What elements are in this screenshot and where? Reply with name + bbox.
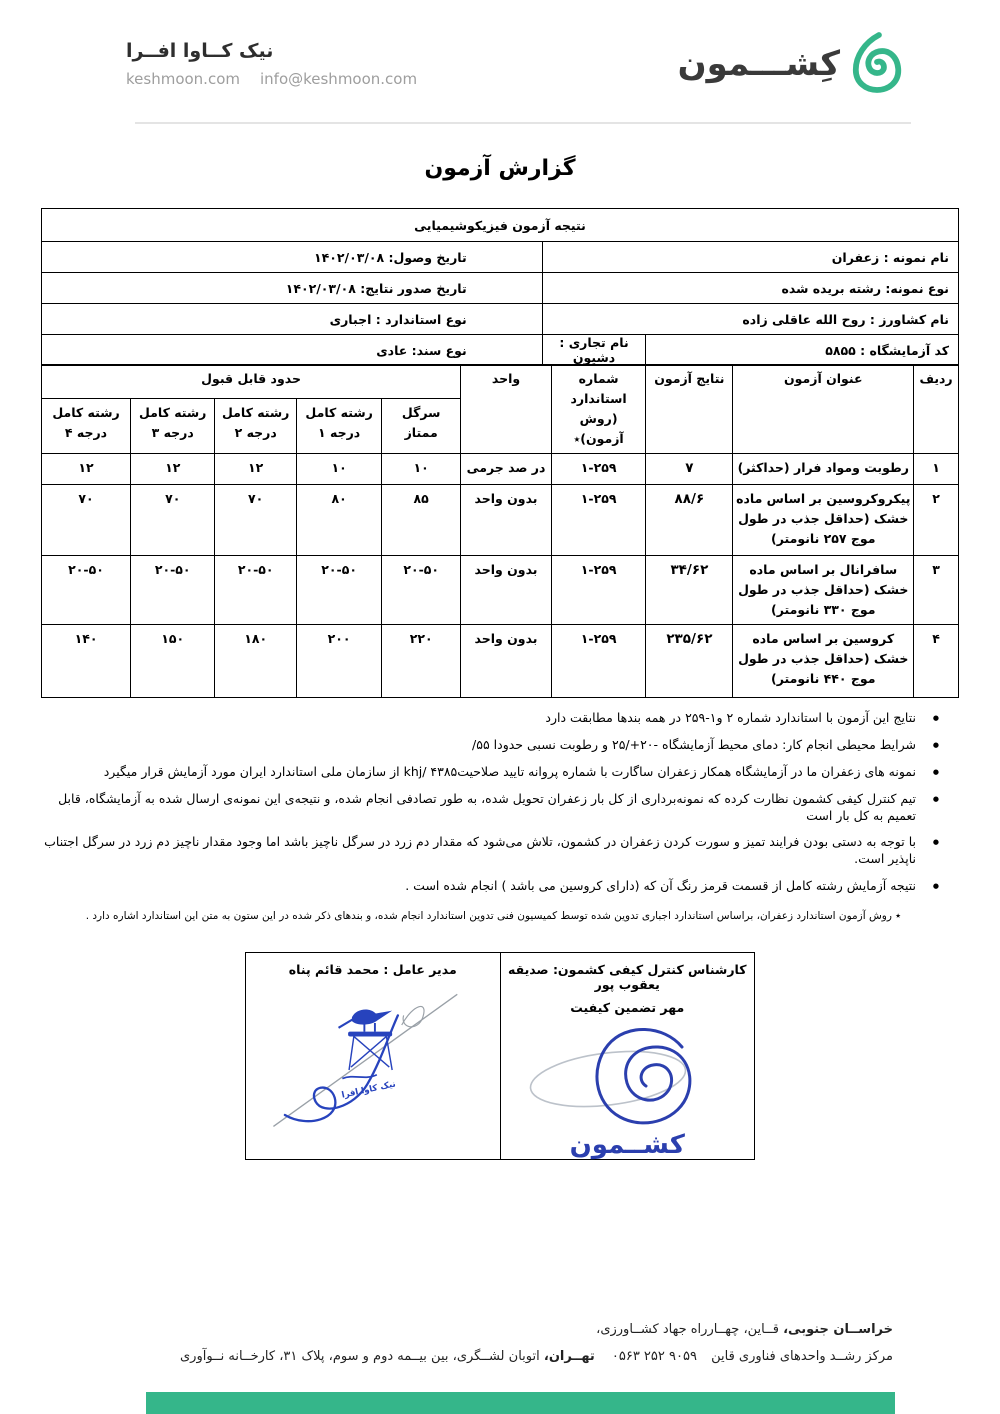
sample-name: نام نمونه : زعفران	[542, 242, 958, 273]
limit-grade3: ۷۰	[131, 485, 215, 556]
company-block: نیک کــاوا افــرا keshmoon.com info@kesh…	[126, 40, 417, 88]
table-row: ۳ سافرانال بر اساس ماده خشک (حداقل جذب د…	[42, 556, 959, 625]
qc-signature-cell: کارشناس کنترل کیفی کشمون: صدیقه یعقوب پو…	[500, 953, 755, 1160]
col-unit: واحد	[461, 365, 552, 454]
col-limits-group: حدود قابل قبول	[42, 365, 461, 399]
standard-no: ۱-۲۵۹	[551, 454, 645, 485]
company-email: info@keshmoon.com	[260, 70, 417, 88]
row-no: ۳	[914, 556, 959, 625]
company-contacts: keshmoon.com info@keshmoon.com	[126, 70, 417, 88]
keshmoon-logo: کِشـــمون	[678, 30, 904, 98]
table-row: ۱ رطوبت ومواد فرار (حداکثر) ۷ ۱-۲۵۹ در ص…	[42, 454, 959, 485]
standard-no: ۱-۲۵۹	[551, 625, 645, 698]
standard-no: ۱-۲۵۹	[551, 485, 645, 556]
col-test-title: عنوان آزمون	[733, 365, 914, 454]
unit: در صد جرمی	[461, 454, 552, 485]
company-name: نیک کــاوا افــرا	[126, 40, 417, 62]
limit-col-line2: درجه ۳	[133, 423, 212, 443]
note-item: شرایط محیطی انجام کار: دمای محیط آزمایشگ…	[41, 737, 941, 754]
standard-no: ۱-۲۵۹	[551, 556, 645, 625]
limit-grade4: ۲۰-۵۰	[42, 556, 131, 625]
document-type: نوع سند: عادی	[42, 335, 543, 366]
address-line1-rest: قــاین، چهــارراه جهاد کشــاورزی،	[596, 1322, 779, 1337]
col-limit-grade4: رشته کامل درجه ۴	[42, 399, 131, 454]
notes-list: نتایج این آزمون با استاندارد شماره ۲ و۱-…	[41, 710, 941, 895]
test-title: کروسین بر اساس ماده خشک (حداقل جذب در طو…	[733, 625, 914, 698]
limit-grade4: ۷۰	[42, 485, 131, 556]
signature-table: کارشناس کنترل کیفی کشمون: صدیقه یعقوب پو…	[245, 952, 755, 1160]
limit-grade4: ۱۲	[42, 454, 131, 485]
test-result: ۲۳۵/۶۲	[646, 625, 733, 698]
table-header-row: ردیف عنوان آزمون نتایج آزمون شماره استان…	[42, 365, 959, 399]
col-limit-sargol: سرگل ممتاز	[382, 399, 461, 454]
limit-grade4: ۱۴۰	[42, 625, 131, 698]
trade-name: نام تجاری : دشیون	[542, 335, 646, 366]
drop-leaf-icon	[850, 30, 904, 98]
address-line2: مرکز رشــد واحدهای فناوری قاین ۰۵۶۳ ۲۵۲ …	[596, 1343, 893, 1370]
standard-no-line1: شماره استاندارد	[554, 369, 643, 409]
limit-col-line1: رشته کامل	[133, 403, 212, 423]
sample-type: نوع نمونه: رشته بریده شده	[542, 273, 958, 304]
report-page: کِشـــمون نیک کــاوا افــرا keshmoon.com…	[0, 0, 1000, 1414]
limit-grade2: ۷۰	[215, 485, 297, 556]
test-result: ۷	[646, 454, 733, 485]
page-header: کِشـــمون نیک کــاوا افــرا keshmoon.com…	[0, 0, 1000, 98]
limit-grade1: ۱۰	[296, 454, 381, 485]
test-title: پیکروکروسین بر اساس ماده خشک (حداقل جذب …	[733, 485, 914, 556]
limit-col-line2: درجه ۴	[44, 423, 128, 443]
standard-no-line2: (روش آزمون)٭	[554, 409, 643, 449]
limit-col-line1: رشته کامل	[217, 403, 294, 423]
limit-col-line1: سرگل ممتاز	[384, 403, 458, 443]
limit-grade2: ۲۰-۵۰	[215, 556, 297, 625]
address-line2-text: مرکز رشــد واحدهای فناوری قاین	[711, 1349, 893, 1364]
farmer-name: نام کشاورز : روح الله عاقلی زاده	[542, 304, 958, 335]
note-item: نمونه های زعفران ما در آزمایشگاه همکار ز…	[41, 764, 941, 781]
city-name: تهــران،	[544, 1349, 595, 1364]
limit-grade3: ۱۵۰	[131, 625, 215, 698]
limit-grade1: ۲۰۰	[296, 625, 381, 698]
footer-accent-bar	[146, 1392, 895, 1414]
ceo-signature-cell: مدیر عامل : محمد قائم پناه	[246, 953, 501, 1160]
col-limit-grade3: رشته کامل درجه ۳	[131, 399, 215, 454]
issue-date: تاریخ صدور نتایج: ۱۴۰۲/۰۳/۰۸	[42, 273, 543, 304]
company-website: keshmoon.com	[126, 70, 240, 88]
qc-expert-title: کارشناس کنترل کیفی کشمون: صدیقه یعقوب پو…	[502, 962, 754, 992]
table-row: کارشناس کنترل کیفی کشمون: صدیقه یعقوب پو…	[246, 953, 755, 1160]
ceo-title: مدیر عامل : محمد قائم پناه	[247, 962, 499, 977]
note-item: نتایج این آزمون با استاندارد شماره ۲ و۱-…	[41, 710, 941, 727]
section-title: نتیجه آزمون فیزیکوشیمیایی	[42, 209, 959, 242]
province-name: خراســان جنوبی،	[783, 1322, 893, 1337]
row-no: ۴	[914, 625, 959, 698]
phone-number: ۰۵۶۳ ۲۵۲ ۹۰۵۹	[612, 1349, 697, 1364]
col-standard-no: شماره استاندارد (روش آزمون)٭	[551, 365, 645, 454]
standard-type: نوع استاندارد : اجباری	[42, 304, 543, 335]
test-result: ۸۸/۶	[646, 485, 733, 556]
note-item: نتیجه آزمایش رشته کامل از قسمت قرمز رنگ …	[41, 878, 941, 895]
limit-grade3: ۱۲	[131, 454, 215, 485]
test-title: سافرانال بر اساس ماده خشک (حداقل جذب در …	[733, 556, 914, 625]
standard-footnote: ٭ روش آزمون استاندارد زعفران، براساس است…	[41, 910, 901, 922]
limit-sargol: ۱۰	[382, 454, 461, 485]
limit-grade1: ۲۰-۵۰	[296, 556, 381, 625]
row-no: ۱	[914, 454, 959, 485]
col-row-no: ردیف	[914, 365, 959, 454]
report-body: نتیجه آزمون فیزیکوشیمیایی نام نمونه : زع…	[0, 208, 1000, 1160]
table-row: نام نمونه : زعفران تاریخ وصول: ۱۴۰۲/۰۳/۰…	[42, 242, 959, 273]
table-row: کد آزمایشگاه : ۵۸۵۵ نام تجاری : دشیون نو…	[42, 335, 959, 366]
sample-info-table: نتیجه آزمون فیزیکوشیمیایی نام نمونه : زع…	[41, 208, 959, 366]
table-row: نام کشاورز : روح الله عاقلی زاده نوع است…	[42, 304, 959, 335]
ceo-signature-icon: نیک کاوا افرا	[247, 979, 499, 1140]
note-item: تیم کنترل کیفی کشمون نظارت کرده که نمونه…	[41, 791, 941, 825]
row-no: ۲	[914, 485, 959, 556]
limit-sargol: ۲۰-۵۰	[382, 556, 461, 625]
header-divider	[135, 122, 911, 124]
note-item: با توجه به دستی بودن فرایند تمیز و سورت …	[41, 834, 941, 868]
unit: بدون واحد	[461, 485, 552, 556]
test-result: ۳۴/۶۲	[646, 556, 733, 625]
report-title: گزارش آزمون	[0, 156, 1000, 181]
limit-col-line1: رشته کامل	[299, 403, 379, 423]
table-row: ۴ کروسین بر اساس ماده خشک (حداقل جذب در …	[42, 625, 959, 698]
keshmoon-stamp-icon	[502, 1017, 754, 1138]
logo-wordmark: کِشـــمون	[678, 47, 840, 81]
lab-code: کد آزمایشگاه : ۵۸۵۵	[646, 335, 959, 366]
receive-date: تاریخ وصول: ۱۴۰۲/۰۳/۰۸	[42, 242, 543, 273]
limit-col-line1: رشته کامل	[44, 403, 128, 423]
address-line1: خراســان جنوبی، قــاین، چهــارراه جهاد ک…	[596, 1316, 893, 1343]
test-results-table: ردیف عنوان آزمون نتایج آزمون شماره استان…	[41, 364, 959, 698]
limit-col-line2: درجه ۲	[217, 423, 294, 443]
unit: بدون واحد	[461, 625, 552, 698]
limit-grade1: ۸۰	[296, 485, 381, 556]
limit-grade3: ۲۰-۵۰	[131, 556, 215, 625]
limit-grade2: ۱۲	[215, 454, 297, 485]
limit-sargol: ۸۵	[382, 485, 461, 556]
footer-address-left: تهــران، اتوبان لشــگری، بین بیــمه دوم …	[180, 1343, 595, 1370]
test-title: رطوبت ومواد فرار (حداکثر)	[733, 454, 914, 485]
table-row: نوع نمونه: رشته بریده شده تاریخ صدور نتا…	[42, 273, 959, 304]
address-left-rest: اتوبان لشــگری، بین بیــمه دوم و سوم، پل…	[180, 1349, 540, 1364]
limit-sargol: ۲۲۰	[382, 625, 461, 698]
limit-grade2: ۱۸۰	[215, 625, 297, 698]
col-test-result: نتایج آزمون	[646, 365, 733, 454]
col-limit-grade1: رشته کامل درجه ۱	[296, 399, 381, 454]
limit-col-line2: درجه ۱	[299, 423, 379, 443]
table-row: ۲ پیکروکروسین بر اساس ماده خشک (حداقل جذ…	[42, 485, 959, 556]
unit: بدون واحد	[461, 556, 552, 625]
quality-seal-label: مهر تضمین کیفیت	[502, 1000, 754, 1015]
table-row: نتیجه آزمون فیزیکوشیمیایی	[42, 209, 959, 242]
footer-address-right: خراســان جنوبی، قــاین، چهــارراه جهاد ک…	[596, 1316, 893, 1370]
col-limit-grade2: رشته کامل درجه ۲	[215, 399, 297, 454]
